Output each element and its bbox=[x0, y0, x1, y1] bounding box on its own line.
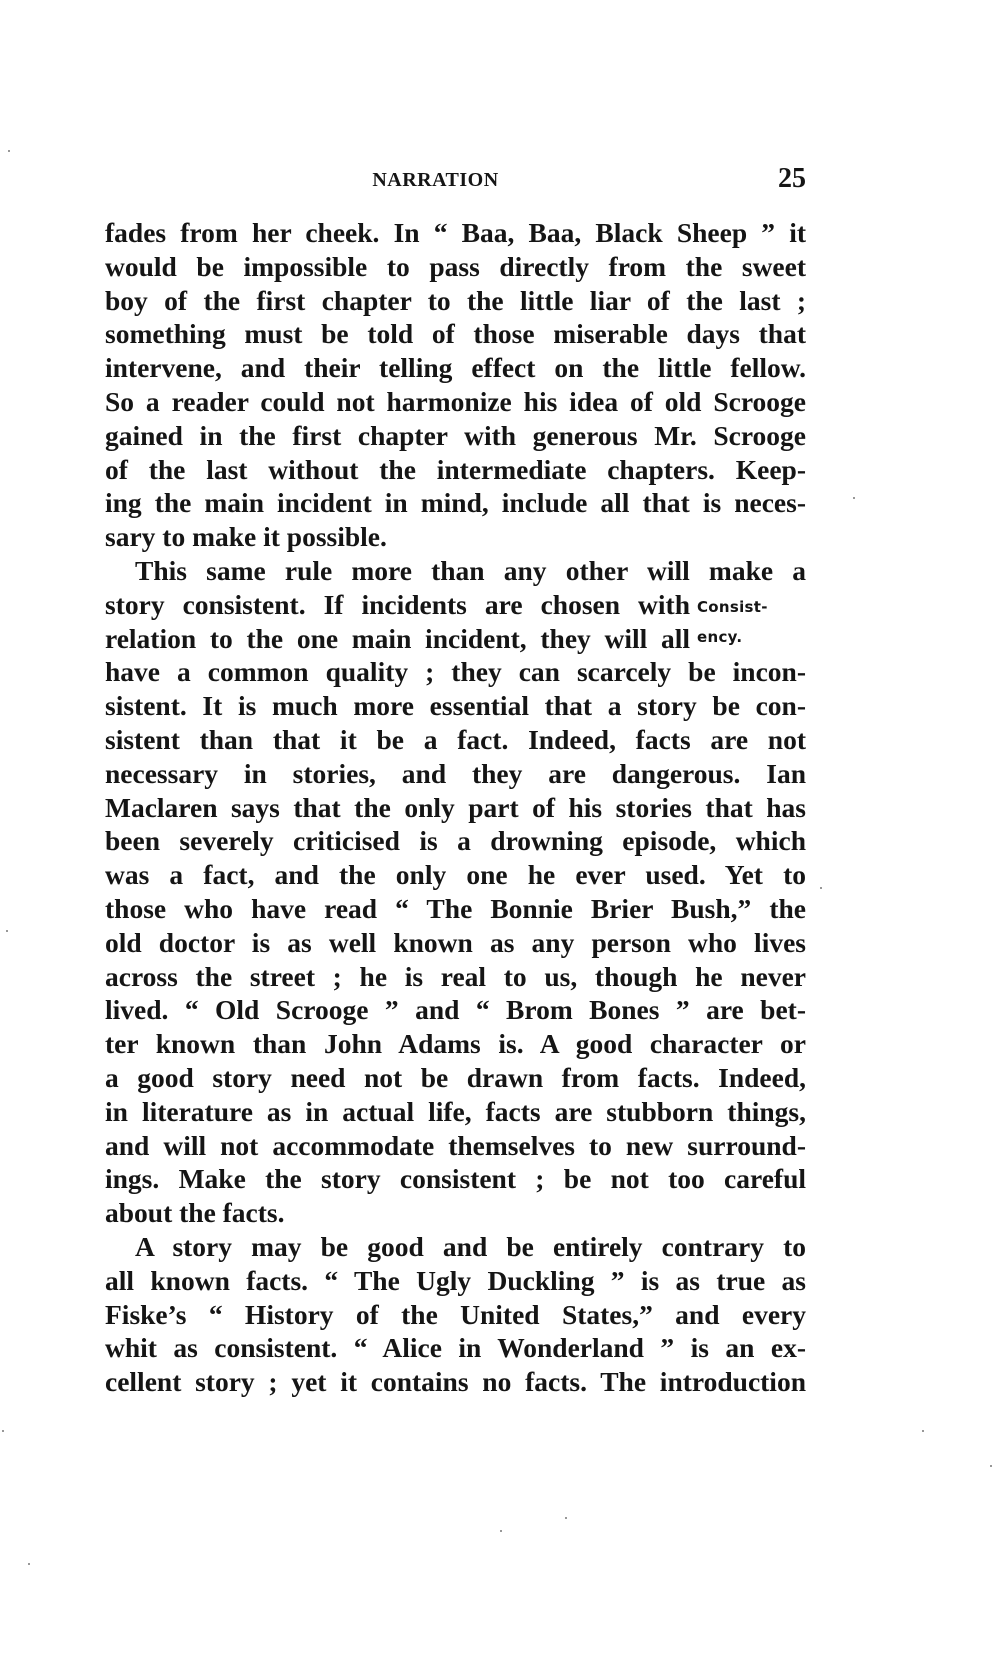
text-line: was a fact, and the only one he ever use… bbox=[105, 858, 806, 892]
text-line: in literature as in actual life, facts a… bbox=[105, 1095, 806, 1129]
text-line: sistent than that it be a fact. Indeed, … bbox=[105, 723, 806, 757]
margin-note-lines: story consistent. If incidents are chose… bbox=[105, 588, 806, 656]
text-line: of the last without the intermediate cha… bbox=[105, 453, 806, 487]
text-line: ter known than John Adams is. A good cha… bbox=[105, 1027, 806, 1061]
text-line: sary to make it possible. bbox=[105, 520, 806, 554]
text-line: A story may be good and be entirely cont… bbox=[105, 1230, 806, 1264]
text-line: and will not accommodate themselves to n… bbox=[105, 1129, 806, 1163]
text-line: Fiske’s “ History of the United States,”… bbox=[105, 1298, 806, 1332]
text-line: lived. “ Old Scrooge ” and “ Brom Bones … bbox=[105, 993, 806, 1027]
text-line: intervene, and their telling effect on t… bbox=[105, 351, 806, 385]
text-line: So a reader could not harmonize his idea… bbox=[105, 385, 806, 419]
text-line: across the street ; he is real to us, th… bbox=[105, 960, 806, 994]
text-line: those who have read “ The Bonnie Brier B… bbox=[105, 892, 806, 926]
book-page: NARRATION 25 fades from her cheek. In “ … bbox=[0, 0, 1000, 1667]
text-line: been severely criticised is a drowning e… bbox=[105, 824, 806, 858]
text-line: sistent. It is much more essential that … bbox=[105, 689, 806, 723]
scan-speck bbox=[8, 150, 10, 152]
text-line: ing the main incident in mind, include a… bbox=[105, 486, 806, 520]
text-line: necessary in stories, and they are dange… bbox=[105, 757, 806, 791]
scan-speck bbox=[500, 1530, 502, 1532]
body-text: fades from her cheek. In “ Baa, Baa, Bla… bbox=[105, 216, 806, 1399]
scan-speck bbox=[820, 887, 822, 889]
scan-speck bbox=[28, 1563, 30, 1565]
running-head: NARRATION 25 bbox=[105, 163, 806, 197]
text-line: a good story need not be drawn from fact… bbox=[105, 1061, 806, 1095]
scan-speck bbox=[2, 1430, 4, 1432]
text-line: ings. Make the story consistent ; be not… bbox=[105, 1162, 806, 1196]
scan-speck bbox=[990, 1465, 992, 1467]
scan-speck bbox=[922, 1430, 924, 1432]
text-line: boy of the first chapter to the little l… bbox=[105, 284, 806, 318]
scan-speck bbox=[565, 1517, 567, 1519]
text-line: fades from her cheek. In “ Baa, Baa, Bla… bbox=[105, 216, 806, 250]
text-line: Maclaren says that the only part of his … bbox=[105, 791, 806, 825]
margin-note-line1: Consist- bbox=[697, 598, 768, 616]
text-line: whit as consistent. “ Alice in Wonderlan… bbox=[105, 1331, 806, 1365]
margin-note-line2: ency. bbox=[697, 628, 742, 646]
text-line: old doctor is as well known as any perso… bbox=[105, 926, 806, 960]
text-line: all known facts. “ The Ugly Duckling ” i… bbox=[105, 1264, 806, 1298]
text-line: relation to the one main incident, they … bbox=[105, 622, 690, 656]
running-title: NARRATION bbox=[105, 169, 806, 192]
text-line: cellent story ; yet it contains no facts… bbox=[105, 1365, 806, 1399]
text-line: gained in the first chapter with generou… bbox=[105, 419, 806, 453]
text-line: story consistent. If incidents are chose… bbox=[105, 588, 690, 622]
text-line: This same rule more than any other will … bbox=[105, 554, 806, 588]
scan-speck bbox=[6, 930, 8, 932]
text-line: about the facts. bbox=[105, 1196, 806, 1230]
page-number: 25 bbox=[778, 163, 806, 195]
text-line: have a common quality ; they can scarcel… bbox=[105, 655, 806, 689]
scan-speck bbox=[853, 497, 855, 499]
text-line: something must be told of those miserabl… bbox=[105, 317, 806, 351]
text-line: would be impossible to pass directly fro… bbox=[105, 250, 806, 284]
